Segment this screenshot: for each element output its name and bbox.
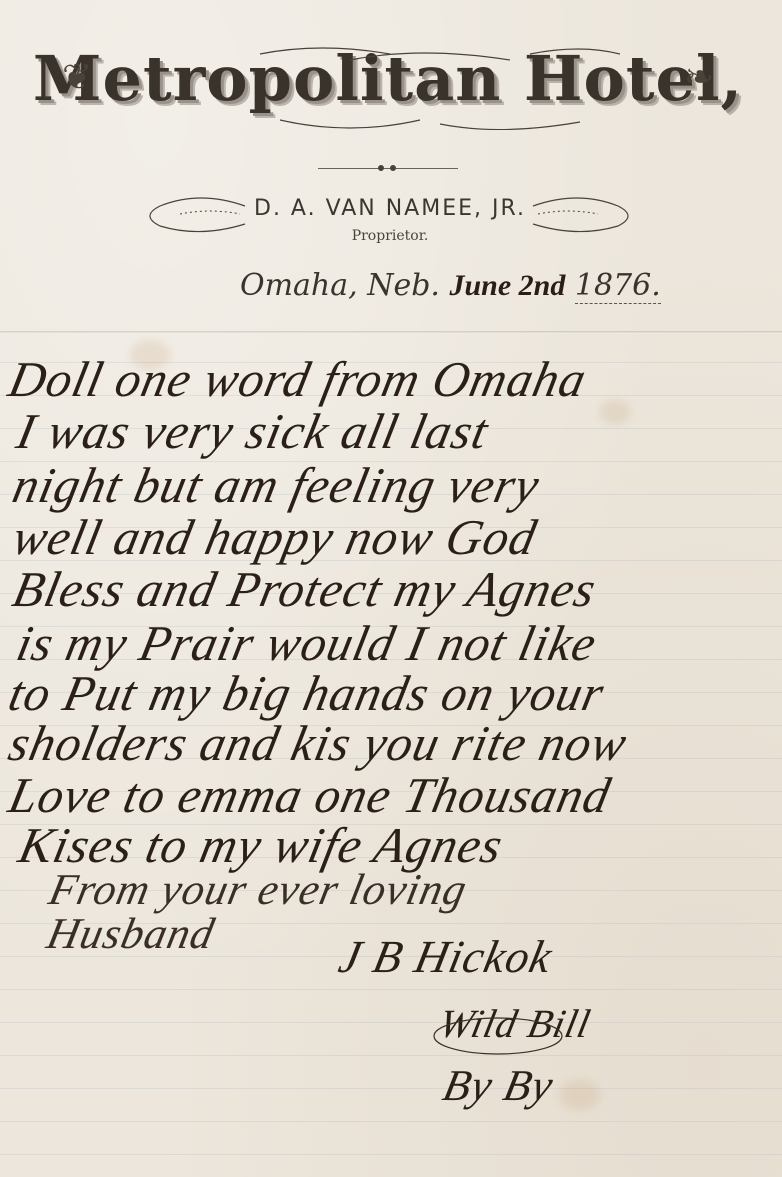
fleuron-right-icon: ❧ (684, 56, 714, 98)
dateline-year: 1876. (575, 268, 661, 304)
paper-stain (600, 400, 630, 424)
divider-dot-icon (378, 165, 384, 171)
letter-line: well and happy now God (8, 508, 542, 566)
letter-line: sholders and kis you rite now (4, 714, 633, 772)
letter-line: Bless and Protect my Agnes (8, 560, 602, 618)
letter-page: ❦ Metropolitan Hotel, ❧ D. A. VAN NAMEE,… (0, 0, 782, 1177)
letterhead-divider (318, 168, 458, 169)
letter-line: Doll one word from Omaha (4, 350, 592, 408)
swirl-left-icon (140, 192, 250, 242)
proprietor-title: Proprietor. (250, 228, 530, 244)
signature-closing: By By (439, 1060, 559, 1111)
proprietor-name: D. A. VAN NAMEE, JR. (250, 196, 530, 221)
dateline-place: Omaha, Neb. (240, 268, 440, 303)
swirl-right-icon (528, 192, 638, 242)
letter-line: I was very sick all last (12, 402, 494, 460)
paper-fold (0, 331, 782, 334)
letter-line: night but am feeling very (8, 456, 545, 514)
signature-name: J B Hickok (334, 930, 557, 983)
divider-dot-icon (390, 165, 396, 171)
dateline-month-day: June 2nd (450, 269, 566, 302)
dateline: Omaha, Neb. June 2nd 1876. (240, 268, 661, 303)
nickname-underline-loop-icon (430, 1006, 570, 1066)
letter-line: Husband (43, 908, 220, 959)
fleuron-left-icon: ❦ (62, 56, 92, 98)
paper-stain (560, 1080, 600, 1110)
masthead-flourish-icon (200, 40, 620, 130)
